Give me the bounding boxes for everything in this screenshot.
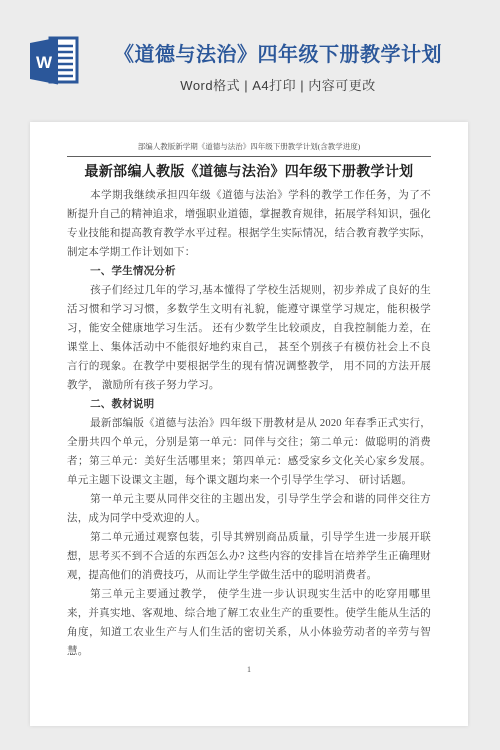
page-number: 1 bbox=[67, 665, 431, 674]
template-preview-page: { "theme": { "background_color": "#ecece… bbox=[0, 0, 500, 750]
document-page-preview: 部编人教版新学期《道德与法治》四年级下册教学计划(含教学进度) 最新部编人教版《… bbox=[30, 122, 468, 726]
paragraph: 最新部编版《道德与法治》四年级下册教材是从 2020 年春季正式实行，全册共四个… bbox=[67, 414, 431, 490]
word-icon: W bbox=[28, 36, 80, 86]
section-heading: 二、教材说明 bbox=[67, 395, 431, 414]
section-heading: 一、学生情况分析 bbox=[67, 262, 431, 281]
document-page-content: 部编人教版新学期《道德与法治》四年级下册教学计划(含教学进度) 最新部编人教版《… bbox=[30, 122, 468, 674]
document-title: 最新部编人教版《道德与法治》四年级下册教学计划 bbox=[67, 164, 431, 182]
paragraph: 第三单元主要通过教学， 使学生进一步认识现实生活中的吃穿用哪里来，并真实地、客观… bbox=[67, 585, 431, 661]
template-header: W 《道德与法治》四年级下册教学计划 Word格式 | A4打印 | 内容可更改 bbox=[0, 0, 500, 122]
template-format-info: Word格式 | A4打印 | 内容可更改 bbox=[86, 75, 470, 94]
document-body: 本学期我继续承担四年级《道德与法治》学科的教学工作任务，为了不断提升自己的精神追… bbox=[67, 186, 431, 661]
paragraph: 第二单元通过观察包装，引导其辨别商品质量，引导学生进一步展开联想，思考买不到不合… bbox=[67, 528, 431, 585]
document-header-line: 部编人教版新学期《道德与法治》四年级下册教学计划(含教学进度) bbox=[67, 142, 431, 157]
paragraph: 孩子们经过几年的学习,基本懂得了学校生活规则，初步养成了良好的生活习惯和学习习惯… bbox=[67, 281, 431, 395]
svg-text:W: W bbox=[36, 53, 53, 72]
paragraph: 本学期我继续承担四年级《道德与法治》学科的教学工作任务，为了不断提升自己的精神追… bbox=[67, 186, 431, 262]
word-icon-graphic: W bbox=[28, 36, 80, 86]
paragraph: 第一单元主要从同伴交往的主题出发，引导学生学会和谐的同伴交往方法，成为同学中受欢… bbox=[67, 490, 431, 528]
template-title: 《道德与法治》四年级下册教学计划 bbox=[86, 42, 470, 68]
